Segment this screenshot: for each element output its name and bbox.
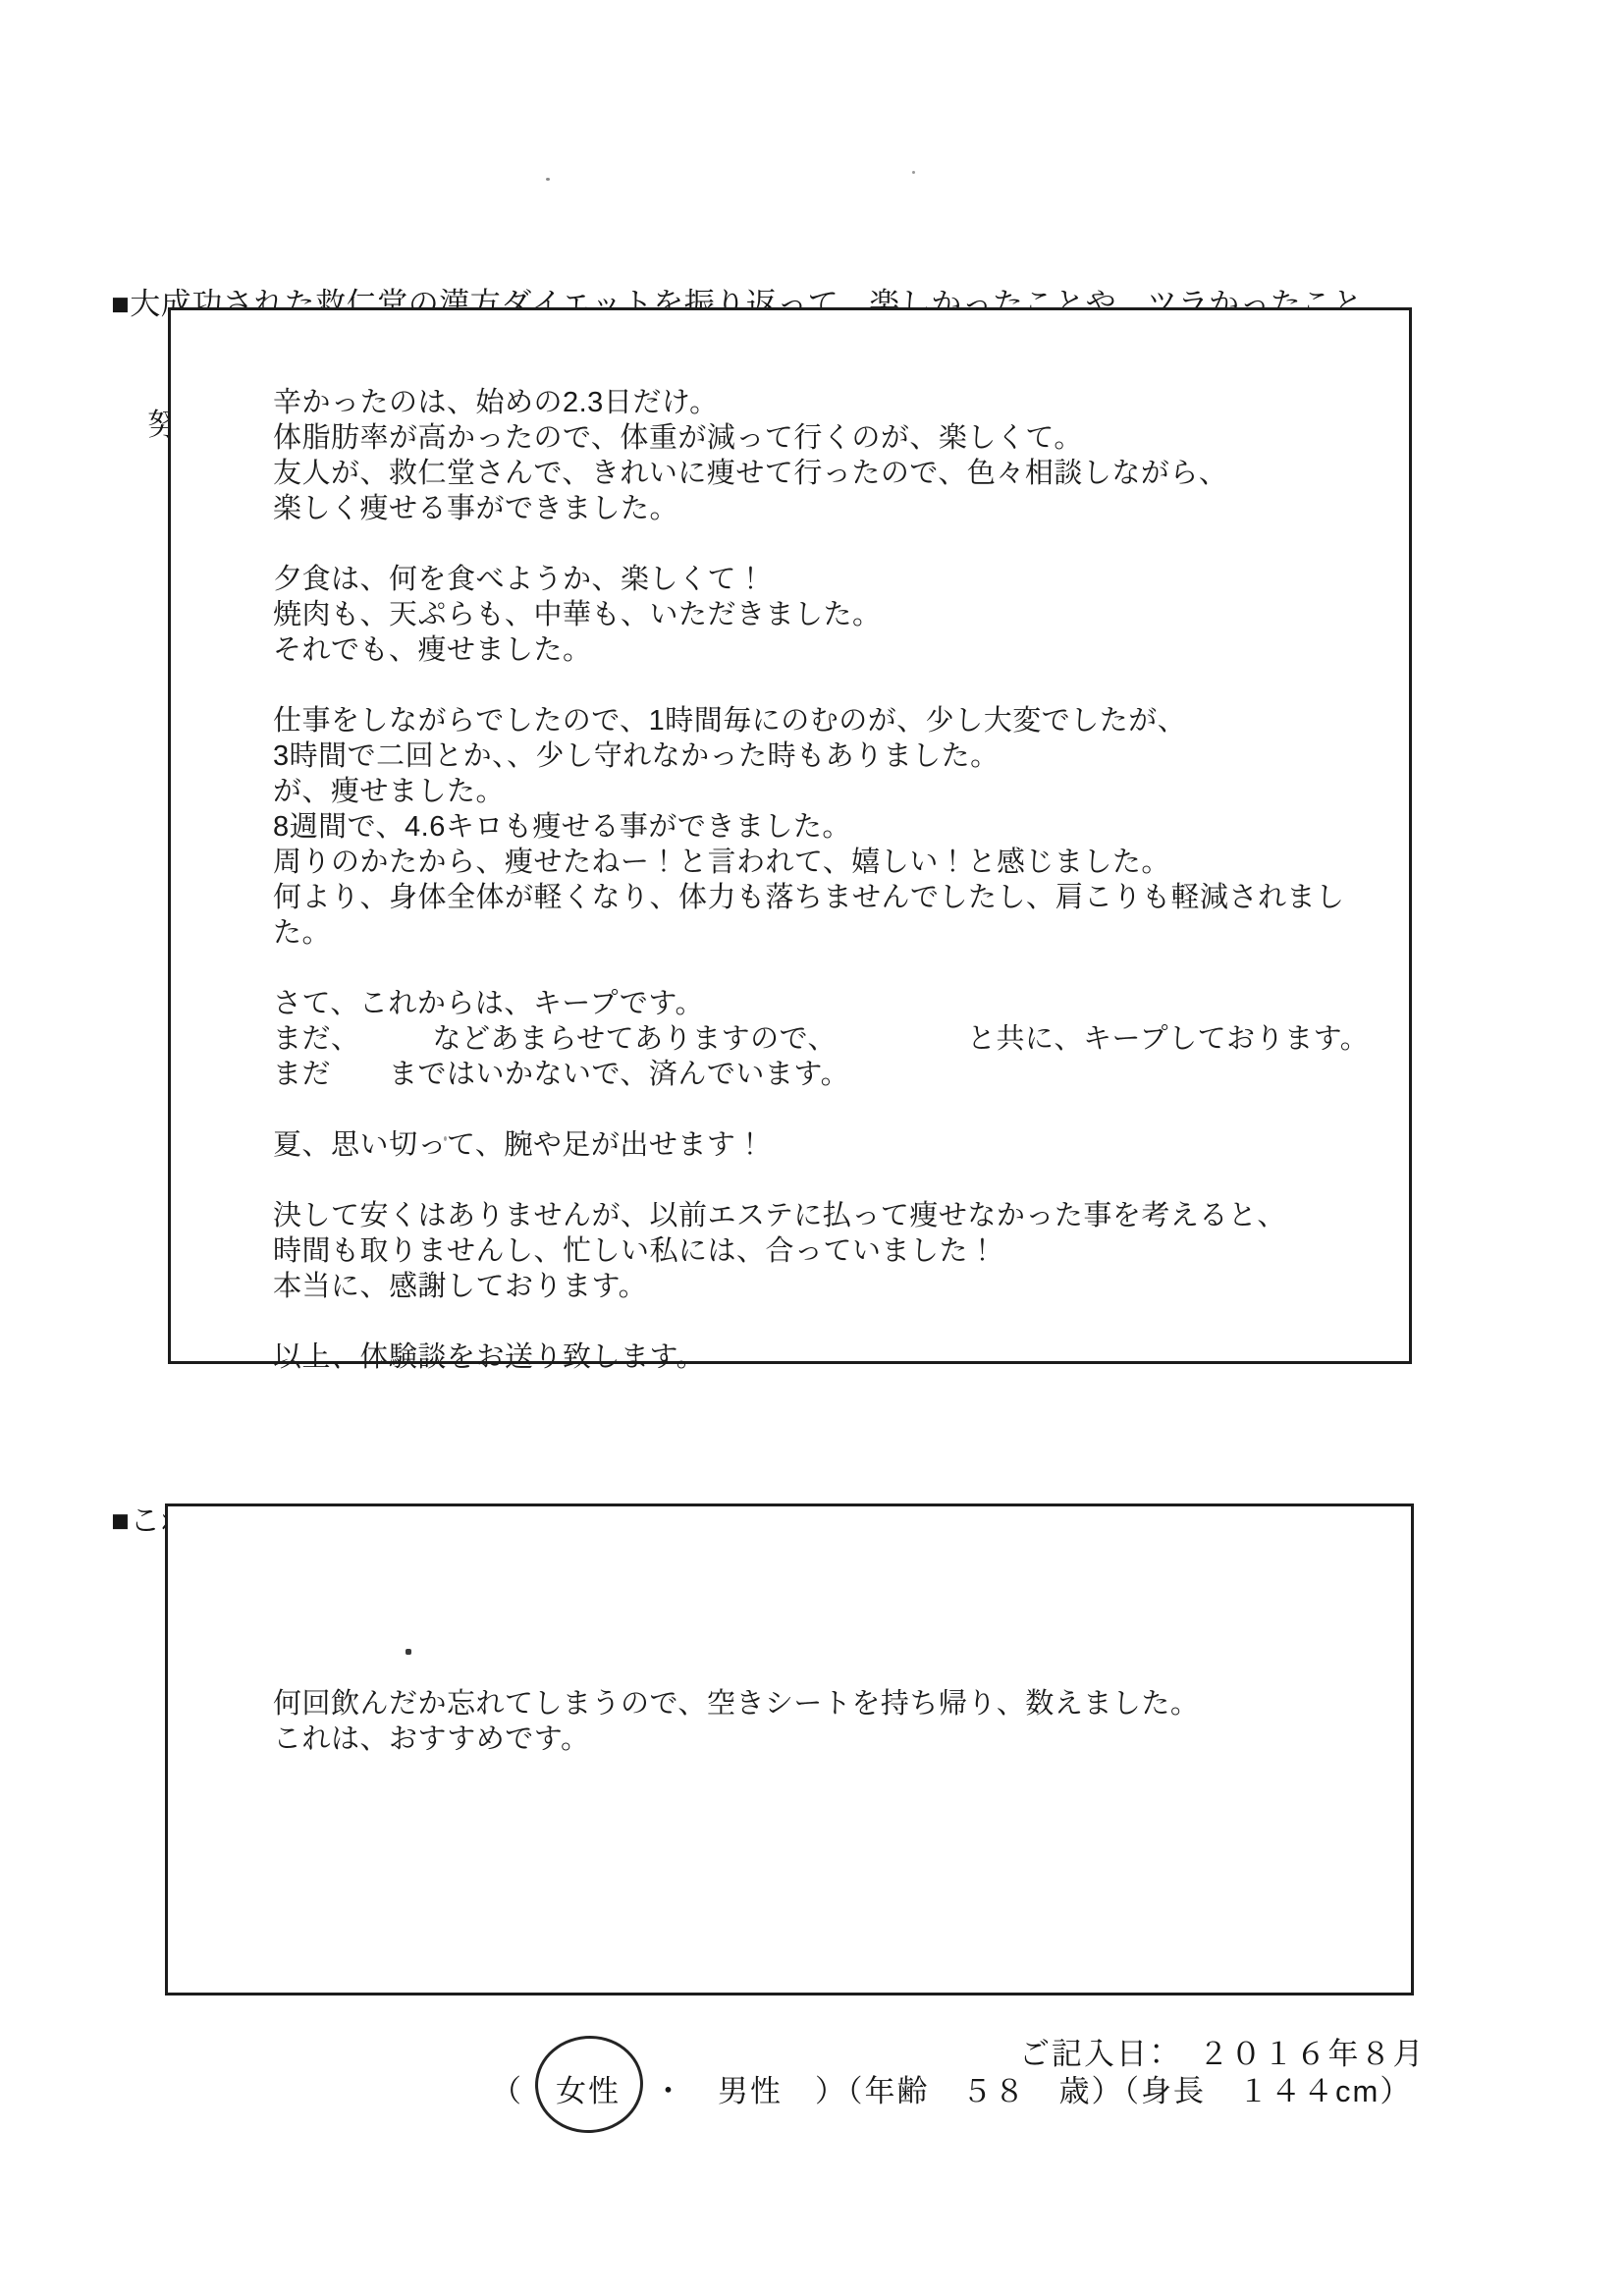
- answer-1-box: 辛かったのは、始めの2.3日だけ。 体脂肪率が高かったので、体重が減って行くのが…: [168, 307, 1412, 1364]
- gender-female-circled: 女性: [556, 2066, 621, 2110]
- hand-drawn-selection-circle: [532, 2032, 647, 2136]
- respondent-profile-line: （ 女性 ・ 男性 ）（年齢 ５８ 歳）（身長 １４４cm）: [491, 2066, 1412, 2110]
- scan-speck: [406, 1649, 411, 1655]
- scan-speck: [444, 1136, 447, 1141]
- answer-2-box: 何回飲んだか忘れてしまうので、空きシートを持ち帰り、数えました。 これは、おすす…: [165, 1503, 1414, 1995]
- answer-2-text: 何回飲んだか忘れてしまうので、空きシートを持ち帰り、数えました。 これは、おすす…: [273, 1686, 1392, 1757]
- answer-1-text: 辛かったのは、始めの2.3日だけ。 体脂肪率が高かったので、体重が減って行くのが…: [273, 385, 1392, 1375]
- profile-rest: ・ 男性 ）（年齢 ５８ 歳）（身長 １４４cm）: [621, 2074, 1412, 2108]
- scanned-questionnaire-page: ■大成功された救仁堂の漢方ダイエットを振り返って、楽しかったことや、ツラかったこ…: [0, 0, 1623, 2296]
- scan-speck: [546, 178, 550, 181]
- scan-speck: [912, 171, 915, 174]
